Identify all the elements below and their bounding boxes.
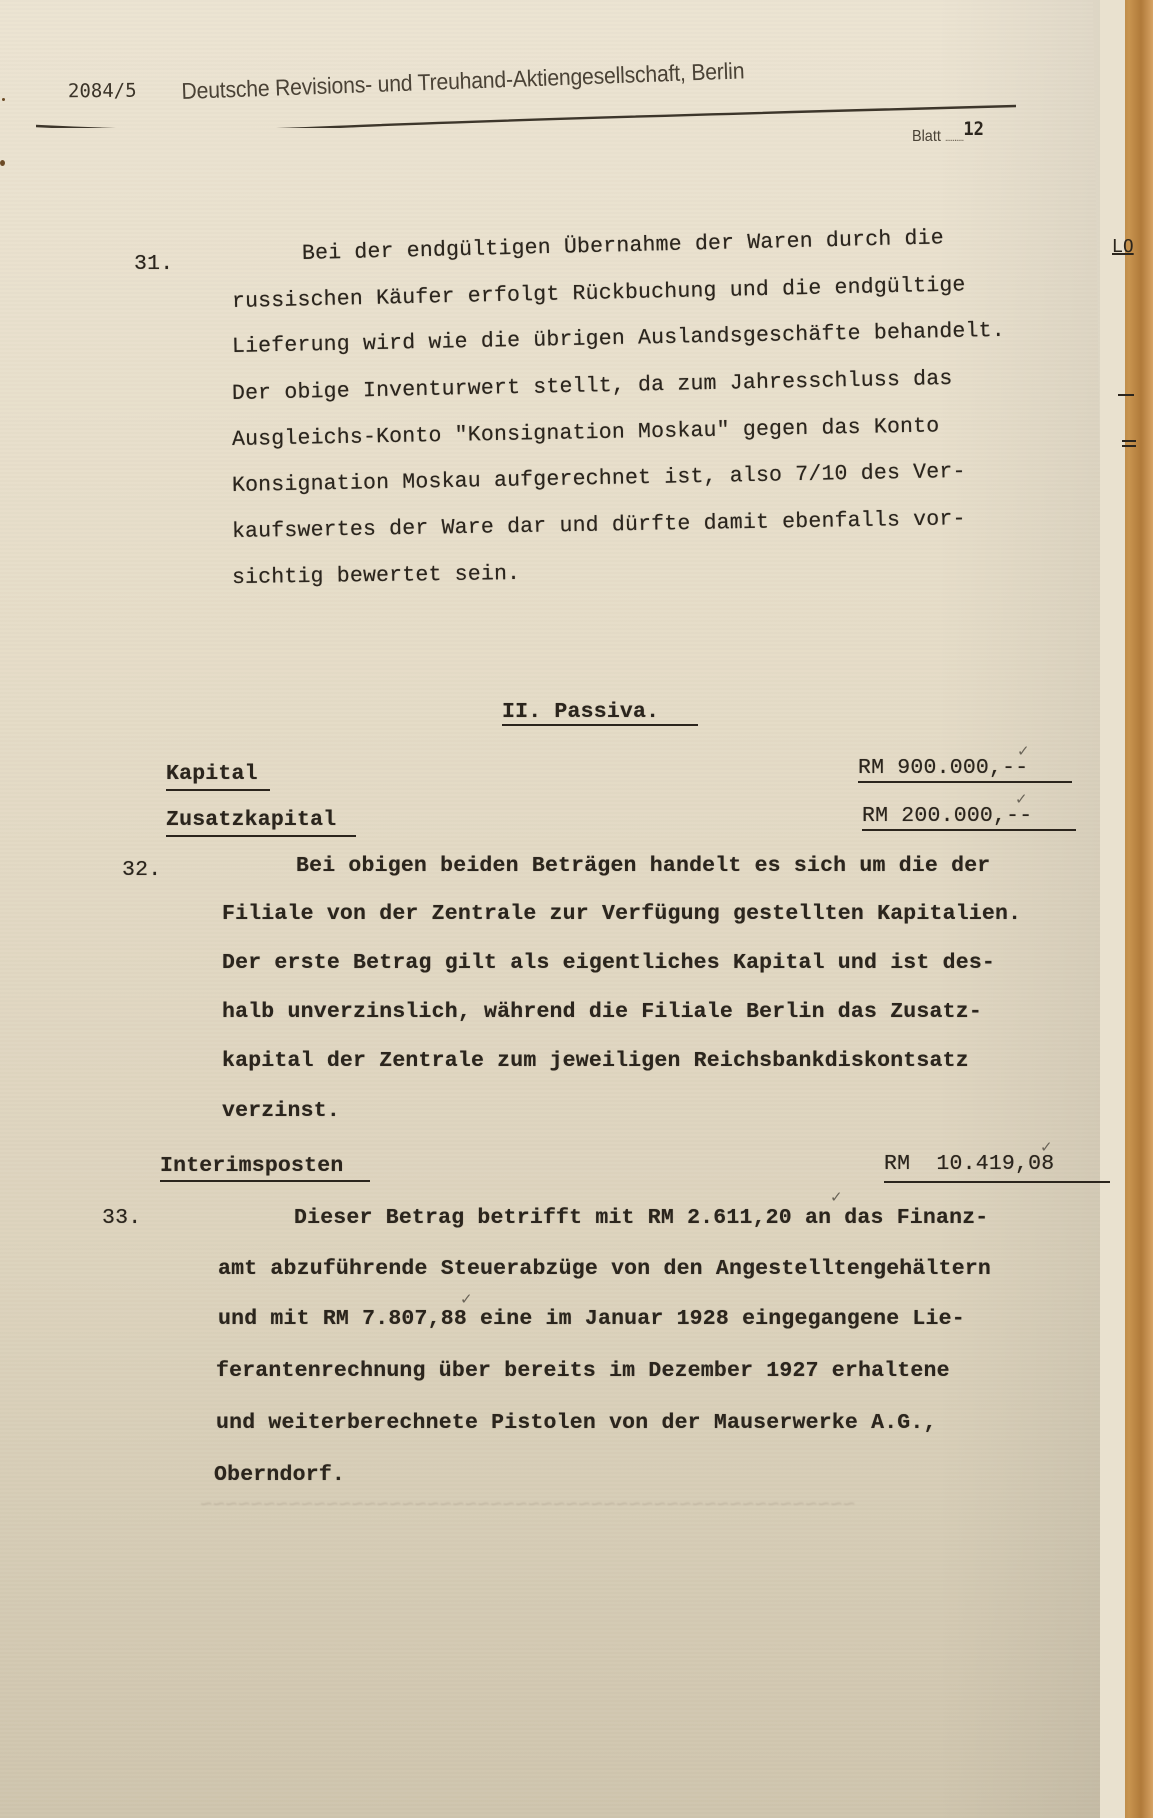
kapital-amount-underline — [858, 781, 1072, 783]
zusatzkapital-label: Zusatzkapital — [166, 808, 336, 832]
margin-mark — [1118, 394, 1134, 396]
text-line: verzinst. — [222, 1099, 340, 1123]
text-line: kapital der Zentrale zum jeweiligen Reic… — [222, 1049, 969, 1073]
checkmark-icon: ✓ — [1017, 742, 1030, 760]
text-line: Bei obigen beiden Beträgen handelt es si… — [296, 854, 990, 878]
text-line: amt abzuführende Steuerabzüge von den An… — [218, 1257, 991, 1281]
text-line: Filiale von der Zentrale zur Verfügung g… — [222, 902, 1021, 926]
margin-mark — [1122, 440, 1136, 442]
text-line: sichtig bewertet sein. — [232, 562, 521, 590]
bleed-through-text: ~~~~~~~~~~~~~~~~~~~~~~~~~~~~~~~~~~~~~~~~… — [200, 1495, 855, 1518]
zusatzkapital-amount-underline — [862, 829, 1076, 831]
zusatzkapital-amount: RM 200.000,-- — [862, 804, 1032, 828]
section-number-33: 33. — [102, 1206, 141, 1230]
letterhead-rule — [36, 100, 1016, 128]
checkmark-icon: ✓ — [830, 1188, 843, 1206]
sheet-label: Blatt — [912, 128, 941, 145]
interim-underline — [160, 1180, 370, 1182]
sheet-indicator: Blatt ..........12 — [912, 124, 984, 146]
sheet-number: 12 — [963, 118, 984, 140]
zusatzkapital-underline — [166, 835, 356, 837]
interim-amount-underline — [884, 1181, 1110, 1183]
text-line: Oberndorf. — [214, 1463, 345, 1487]
margin-note: LO — [1112, 236, 1134, 257]
interim-label: Interimsposten — [160, 1154, 343, 1178]
margin-mark — [1122, 445, 1136, 447]
heading-underline — [502, 724, 698, 726]
kapital-amount: RM 900.000,-- — [858, 756, 1028, 780]
kapital-underline — [166, 789, 270, 791]
text-line: und mit RM 7.807,88 eine im Januar 1928 … — [218, 1307, 965, 1331]
paper-stain — [2, 98, 5, 101]
text-line: Der erste Betrag gilt als eigentliches K… — [222, 951, 995, 975]
text-line: Dieser Betrag betrifft mit RM 2.611,20 a… — [294, 1206, 988, 1230]
paper-stain — [0, 160, 5, 166]
sheet-dots: .......... — [945, 132, 964, 144]
kapital-label: Kapital — [166, 762, 258, 786]
checkmark-icon: ✓ — [1040, 1138, 1053, 1156]
section-number-31: 31. — [134, 252, 173, 276]
document-number: 2084/5 — [68, 80, 137, 103]
text-line: halb unverzinslich, während die Filiale … — [222, 1000, 982, 1024]
passiva-heading: II. Passiva. — [502, 700, 659, 724]
interim-amount: RM 10.419,08 — [884, 1152, 1054, 1176]
text-line: ferantenrechnung über bereits im Dezembe… — [216, 1359, 950, 1383]
section-number-32: 32. — [122, 858, 161, 882]
checkmark-icon: ✓ — [460, 1290, 473, 1308]
text-line: und weiterberechnete Pistolen von der Ma… — [216, 1411, 937, 1435]
checkmark-icon: ✓ — [1015, 790, 1028, 808]
